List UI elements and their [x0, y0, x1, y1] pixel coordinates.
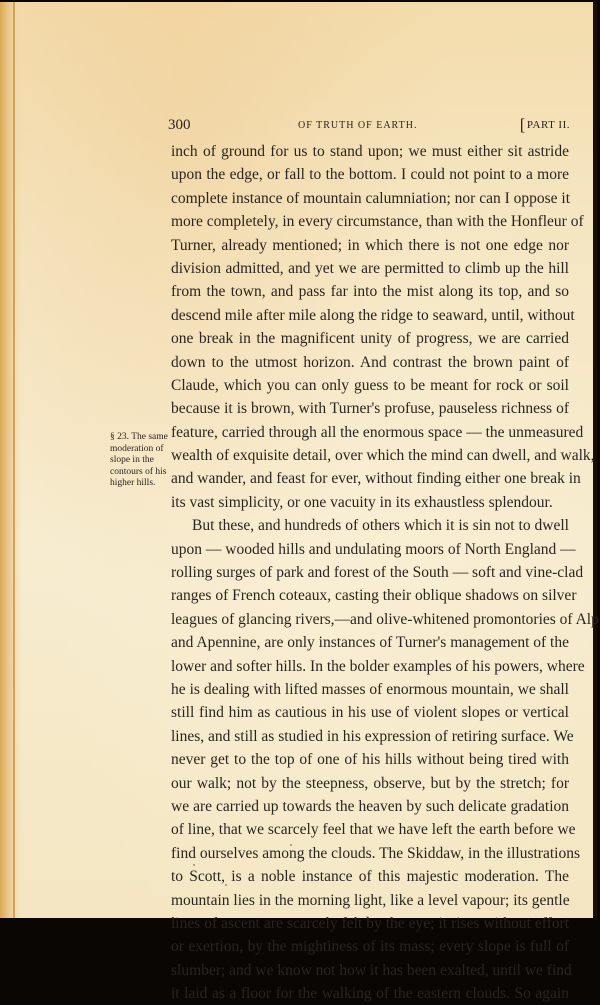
text-line: from the town, and pass far into the mis…	[171, 280, 569, 303]
sidenote-line: § 23. The same	[110, 432, 180, 444]
book-page: 300 OF TRUTH OF EARTH. [PART II. § 23. T…	[0, 2, 597, 918]
page-number: 300	[168, 117, 191, 134]
text-line: feature, carried through all the enormou…	[171, 421, 569, 444]
text-line: one break in the magnificent unity of pr…	[171, 327, 569, 350]
text-line: because it is brown, with Turner's profu…	[171, 397, 569, 420]
sidenote-line: slope in the	[110, 455, 180, 467]
text-line: complete instance of mountain calumniati…	[171, 187, 569, 210]
paper-speck	[193, 864, 195, 866]
text-line: But these, and hundreds of others which …	[171, 514, 569, 537]
text-line: upon — wooded hills and undulating moors…	[171, 538, 569, 561]
part-label: [PART II.	[520, 115, 570, 135]
text-line: ranges of French coteaux, casting their …	[171, 584, 569, 607]
sidenote-line: higher hills.	[110, 478, 180, 490]
text-line: lower and softer hills. In the bolder ex…	[171, 655, 569, 678]
text-line: leagues of glancing rivers,—and olive-wh…	[171, 608, 569, 631]
part-label-text: PART II.	[527, 119, 570, 131]
gutter-line	[13, 2, 15, 918]
text-line: division admitted, and yet we are permit…	[171, 257, 569, 280]
page-gutter	[0, 2, 22, 918]
text-line: to Scott, is a noble instance of this ma…	[171, 865, 569, 888]
text-line: upon the edge, or fall to the bottom. I …	[171, 163, 569, 186]
paper-speck	[290, 844, 292, 846]
text-line: lines, and still as studied in his expre…	[171, 725, 569, 748]
text-line: down to the utmost horizon. And contrast…	[171, 351, 569, 374]
text-line: find ourselves among the clouds. The Ski…	[171, 842, 569, 865]
text-line: our walk; not by the steepness, observe,…	[171, 772, 569, 795]
text-line: Claude, which you can only guess to be m…	[171, 374, 569, 397]
text-line: and wander, and feast for ever, without …	[171, 467, 569, 490]
text-line: wealth of exquisite detail, over which t…	[171, 444, 569, 467]
bracket-glyph: [	[520, 115, 526, 134]
sidenote-line: moderation of	[110, 444, 180, 456]
text-line: inch of ground for us to stand upon; we …	[171, 140, 569, 163]
paper-speck	[225, 884, 227, 886]
margin-sidenote: § 23. The same moderation of slope in th…	[110, 432, 180, 490]
text-line: never get to the top of one of his hills…	[171, 748, 569, 771]
running-head: OF TRUTH OF EARTH.	[298, 120, 417, 131]
page-header: 300 OF TRUTH OF EARTH. [PART II.	[168, 115, 570, 135]
text-line: rolling surges of park and forest of the…	[171, 561, 569, 584]
sidenote-line: contours of his	[110, 467, 180, 479]
text-line: descend mile after mile along the ridge …	[171, 304, 569, 327]
text-line: its vast simplicity, or one vacuity in i…	[171, 491, 569, 514]
text-line: Turner, already mentioned; in which ther…	[171, 234, 569, 257]
text-line: lines of ascent are scarcely felt by the…	[171, 912, 569, 922]
text-line: and Apennine, are only instances of Turn…	[171, 631, 569, 654]
text-line: of line, that we scarcely feel that we h…	[171, 818, 569, 841]
text-line: more completely, in every circumstance, …	[171, 210, 569, 233]
text-line: mountain lies in the morning light, like…	[171, 889, 569, 912]
text-line: we are carried up towards the heaven by …	[171, 795, 569, 818]
body-text: inch of ground for us to stand upon; we …	[171, 140, 569, 922]
text-line: he is dealing with lifted masses of enor…	[171, 678, 569, 701]
text-line: still find him as cautious in his use of…	[171, 701, 569, 724]
